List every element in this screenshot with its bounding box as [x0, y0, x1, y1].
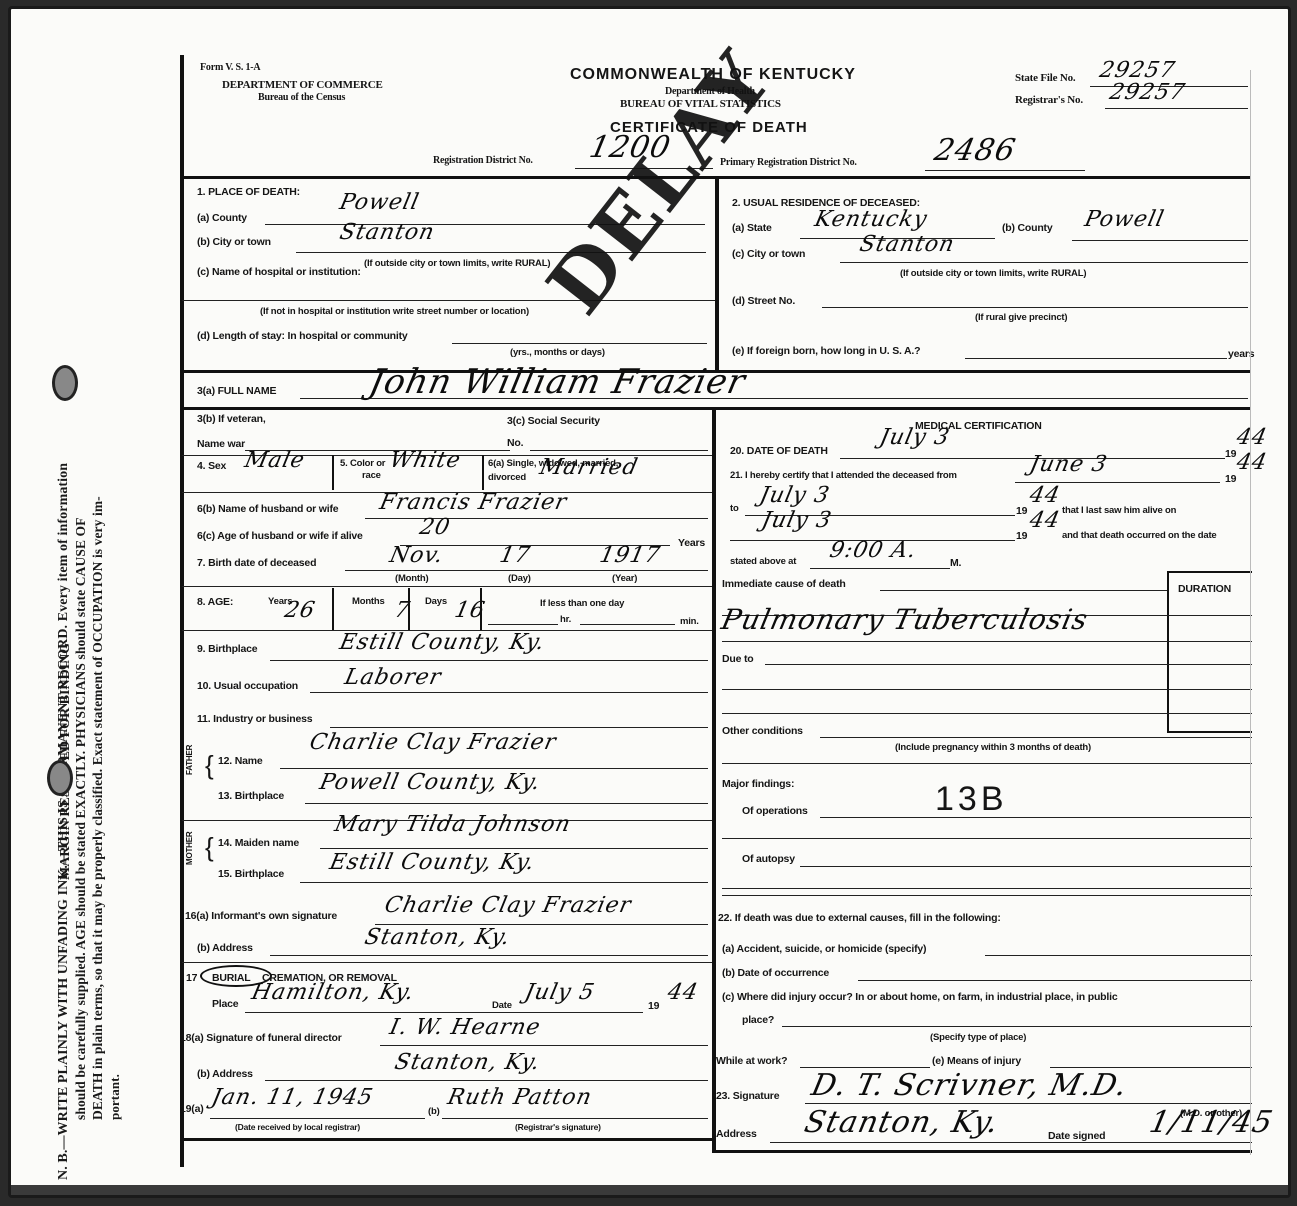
rule	[488, 624, 558, 625]
spouse-value[interactable]: Francis Frazier	[377, 490, 569, 515]
rule	[452, 343, 707, 344]
res-city-label: (c) City or town	[732, 248, 805, 260]
father-tag: FATHER	[185, 745, 194, 775]
registrar-sig-label: (b)	[428, 1106, 440, 1117]
color-value[interactable]: White	[387, 448, 463, 473]
occurrence-label: (b) Date of occurrence	[722, 967, 829, 979]
burial-num: 17	[186, 972, 197, 984]
rule	[722, 763, 1252, 764]
funeral-director-signature[interactable]: I. W. Hearne	[387, 1015, 543, 1040]
cell-divider	[482, 455, 484, 490]
rule	[320, 848, 708, 849]
rule	[880, 590, 1167, 591]
time-suffix: M.	[950, 557, 961, 569]
rule	[858, 980, 1252, 981]
day-note: (Day)	[508, 573, 531, 584]
death-occurred-label: and that death occurred on the date	[1062, 530, 1217, 541]
father-birthplace-value[interactable]: Powell County, Ky.	[317, 770, 543, 795]
form-border-right	[1250, 70, 1251, 1155]
informant-label: 16(a) Informant's own signature	[185, 910, 337, 922]
birthplace-value[interactable]: Estill County, Ky.	[337, 630, 547, 655]
social-security-label: 3(c) Social Security	[507, 415, 600, 427]
rule	[345, 570, 708, 571]
physician-address-label: Address	[716, 1128, 757, 1140]
physician-signature[interactable]: D. T. Scrivner, M.D.	[808, 1068, 1130, 1103]
reg-district-label: Registration District No.	[433, 155, 533, 166]
birth-month-value[interactable]: Nov.	[387, 543, 446, 568]
margin-instructions: N. B.—WRITE PLAINLY WITH UNFADING INK.—T…	[55, 60, 123, 1180]
major-findings-label: Major findings:	[722, 778, 794, 790]
rule	[182, 586, 712, 587]
immediate-cause-label: Immediate cause of death	[722, 578, 846, 590]
immediate-cause-value[interactable]: Pulmonary Tuberculosis	[718, 603, 1091, 636]
brace: {	[205, 832, 213, 863]
primary-district-label: Primary Registration District No.	[720, 157, 857, 168]
city-label: (b) City or town	[197, 236, 271, 248]
ss-no-label: No.	[507, 437, 523, 449]
rule	[380, 1045, 708, 1046]
sex-value[interactable]: Male	[242, 448, 307, 473]
informant-address-value[interactable]: Stanton, Ky.	[362, 925, 512, 950]
rule	[1105, 108, 1248, 109]
hr-label: hr.	[560, 614, 571, 625]
attend-label: 21. I hereby certify that I attended the…	[730, 470, 957, 481]
rule	[182, 1138, 712, 1141]
last-saw-label: that I last saw him alive on	[1062, 505, 1176, 516]
rule	[965, 358, 1227, 359]
sex-label: 4. Sex	[197, 460, 226, 472]
last-saw-value[interactable]: July 3	[759, 508, 834, 533]
rule	[925, 170, 1085, 171]
occupation-value[interactable]: Laborer	[342, 665, 443, 690]
cell-divider	[332, 588, 334, 630]
hospital-label: (c) Name of hospital or institution:	[197, 266, 361, 278]
attend-from-value[interactable]: June 3	[1027, 452, 1109, 477]
age-days-value[interactable]: 16	[452, 598, 487, 623]
rule	[820, 817, 1252, 818]
spouse-age-label: 6(c) Age of husband or wife if alive	[197, 530, 363, 542]
rule	[210, 1118, 425, 1119]
father-birthplace-label: 13. Birthplace	[218, 790, 284, 802]
rule	[820, 737, 1252, 738]
spouse-label: 6(b) Name of husband or wife	[197, 503, 338, 515]
rule	[722, 838, 1252, 839]
county-label: (a) County	[197, 212, 247, 224]
res-state-value[interactable]: Kentucky	[812, 207, 929, 232]
father-name-label: 12. Name	[218, 755, 263, 767]
rule	[365, 518, 708, 519]
registrar-sig-note: (Registrar's signature)	[515, 1122, 601, 1132]
autopsy-label: Of autopsy	[742, 853, 795, 865]
received-date-value[interactable]: Jan. 11, 1945	[209, 1085, 375, 1110]
rule	[1072, 240, 1248, 241]
stated-label: stated above at	[730, 556, 796, 567]
rule	[265, 1080, 708, 1081]
informant-address-label: (b) Address	[197, 942, 253, 954]
foreign-label: (e) If foreign born, how long in U. S. A…	[732, 345, 920, 357]
where-label: (c) Where did injury occur? In or about …	[722, 991, 1117, 1003]
cell-divider	[480, 588, 482, 630]
veteran-label: 3(b) If veteran,	[197, 413, 266, 425]
brace: {	[205, 750, 213, 781]
attend-to-year[interactable]: 44	[1027, 483, 1062, 508]
to-label: to	[730, 503, 739, 514]
rule	[810, 568, 950, 569]
death-city-value[interactable]: Stanton	[337, 220, 437, 245]
means-label: (e) Means of injury	[932, 1055, 1021, 1067]
rule	[712, 1150, 1252, 1153]
instructions-line-2: should be carefully supplied. AGE should…	[72, 60, 89, 1180]
spouse-age-value[interactable]: 20	[417, 515, 452, 540]
while-at-work-label: While at work?	[716, 1055, 787, 1067]
cell-divider	[332, 455, 334, 490]
burial-place-label: Place	[212, 998, 238, 1010]
date-of-death-label: 20. DATE OF DEATH	[730, 445, 828, 457]
mother-name-value[interactable]: Mary Tilda Johnson	[332, 812, 573, 837]
rule	[722, 641, 1252, 642]
signature-label: 23. Signature	[716, 1090, 779, 1102]
last-saw-year[interactable]: 44	[1027, 508, 1062, 533]
date-of-death-year[interactable]: 44	[1234, 425, 1269, 450]
rule	[985, 955, 1252, 956]
birth-day-value[interactable]: 17	[497, 543, 532, 568]
dept-commerce: DEPARTMENT OF COMMERCE	[222, 79, 383, 91]
age-years-value[interactable]: 26	[282, 598, 317, 623]
rule	[580, 624, 675, 625]
other-conditions-label: Other conditions	[722, 725, 803, 737]
res-county-label: (b) County	[1002, 222, 1053, 234]
marital-value[interactable]: Married	[537, 455, 640, 480]
instructions-line-4: portant.	[106, 60, 123, 1180]
burial-date-value[interactable]: July 5	[522, 980, 597, 1005]
burial-year-prefix: 19	[648, 1000, 659, 1012]
burial-date-label: Date	[492, 1000, 512, 1011]
informant-signature[interactable]: Charlie Clay Frazier	[382, 893, 634, 918]
state-file-label: State File No.	[1015, 72, 1075, 84]
punch-hole-icon	[47, 760, 73, 796]
less-day-label: If less than one day	[540, 598, 624, 609]
res-city-note: (If outside city or town limits, write R…	[900, 268, 1086, 279]
scan-edge	[11, 1185, 1288, 1195]
operations-code: 13B	[935, 780, 1008, 819]
month-note: (Month)	[395, 573, 428, 584]
res-state-label: (a) State	[732, 222, 772, 234]
birth-year-value[interactable]: 1917	[597, 543, 662, 568]
rule	[770, 1142, 1252, 1143]
where-label-2: place?	[742, 1014, 774, 1026]
res-county-value[interactable]: Powell	[1082, 207, 1166, 232]
accident-label: (a) Accident, suicide, or homicide (spec…	[722, 943, 926, 955]
rule	[300, 882, 708, 883]
received-num: 19(a)	[180, 1103, 204, 1115]
registrar-signature[interactable]: Ruth Patton	[445, 1085, 594, 1110]
duration-label: DURATION	[1178, 583, 1231, 595]
received-note: (Date received by local registrar)	[235, 1122, 360, 1132]
registrar-no-value: 29257	[1107, 80, 1187, 105]
rule	[722, 713, 1252, 714]
director-address-value[interactable]: Stanton, Ky.	[392, 1050, 542, 1075]
year-note: (Year)	[612, 573, 637, 584]
form-number: Form V. S. 1-A	[200, 62, 260, 73]
date-signed-value[interactable]: 1/11/45	[1146, 1105, 1276, 1140]
year-prefix: 19	[1016, 505, 1027, 517]
years-unit: Years	[678, 537, 705, 549]
color-label: 5. Color or	[340, 458, 385, 469]
street-note: (If rural give precinct)	[975, 312, 1067, 323]
director-address-label: (b) Address	[197, 1068, 253, 1080]
rule	[310, 692, 708, 693]
age-months-label: Months	[352, 596, 385, 607]
divorced-label: divorced	[488, 472, 526, 483]
rule	[305, 803, 708, 804]
form-border-left	[180, 55, 184, 1167]
industry-label: 11. Industry or business	[197, 713, 312, 725]
min-label: min.	[680, 616, 699, 627]
rule	[722, 689, 1252, 690]
instructions-line-1: N. B.—WRITE PLAINLY WITH UNFADING INK.—T…	[55, 60, 72, 1180]
operations-label: Of operations	[742, 805, 808, 817]
funeral-director-label: 18(a) Signature of funeral director	[180, 1032, 342, 1044]
time-of-death-value[interactable]: 9:00 A.	[827, 538, 919, 563]
place-of-death-heading: 1. PLACE OF DEATH:	[197, 186, 300, 198]
birthplace-label: 9. Birthplace	[197, 643, 257, 655]
mother-birthplace-value[interactable]: Estill County, Ky.	[327, 850, 537, 875]
rule	[245, 1012, 643, 1013]
year-prefix: 19	[1016, 530, 1027, 542]
rule	[270, 955, 708, 956]
stay-label: (d) Length of stay: In hospital or commu…	[197, 330, 408, 342]
birth-date-label: 7. Birth date of deceased	[197, 557, 316, 569]
bureau-census: Bureau of the Census	[258, 92, 345, 103]
mother-birthplace-label: 15. Birthplace	[218, 868, 284, 880]
stay-note: (yrs., months or days)	[510, 347, 605, 358]
burial-place-value[interactable]: Hamilton, Ky.	[249, 980, 416, 1005]
res-city-value[interactable]: Stanton	[857, 232, 957, 257]
rule	[530, 450, 708, 451]
rule	[840, 262, 1248, 263]
rule	[722, 888, 1252, 889]
registrar-no-label: Registrar's No.	[1015, 94, 1083, 106]
rule	[765, 664, 1252, 665]
instructions-line-3: DEATH in plain terms, so that it may be …	[89, 60, 106, 1180]
rule	[182, 962, 712, 963]
mother-tag: MOTHER	[185, 832, 194, 865]
full-name-label: 3(a) FULL NAME	[197, 385, 276, 397]
punch-hole-icon	[52, 365, 78, 401]
war-label: Name war	[197, 438, 245, 450]
rule	[782, 1026, 1252, 1027]
due-to-label: Due to	[722, 653, 753, 665]
external-heading: 22. If death was due to external causes,…	[718, 912, 1001, 924]
primary-district-value: 2486	[931, 133, 1019, 168]
age-label: 8. AGE:	[197, 596, 233, 608]
where-note: (Specify type of place)	[930, 1032, 1026, 1043]
rule	[330, 727, 708, 728]
column-divider-top	[715, 176, 719, 372]
death-county-value[interactable]: Powell	[337, 190, 421, 215]
father-name-value[interactable]: Charlie Clay Frazier	[307, 730, 559, 755]
column-divider-bottom	[712, 410, 716, 1150]
physician-address-value[interactable]: Stanton, Ky.	[801, 1105, 1002, 1140]
burial-year-value[interactable]: 44	[665, 980, 700, 1005]
rule	[800, 866, 1252, 867]
rule	[805, 1103, 1252, 1104]
rule	[182, 300, 715, 301]
cell-divider	[408, 588, 410, 630]
attend-to-value[interactable]: July 3	[757, 483, 832, 508]
date-signed-label: Date signed	[1048, 1130, 1105, 1142]
other-note: (Include pregnancy within 3 months of de…	[895, 742, 1091, 753]
rule	[722, 895, 1252, 896]
race-label: race	[362, 470, 381, 481]
rule	[822, 307, 1248, 308]
rule	[270, 660, 708, 661]
city-note: (If outside city or town limits, write R…	[364, 258, 550, 269]
duration-box	[1167, 571, 1252, 733]
mother-name-label: 14. Maiden name	[218, 837, 299, 849]
occupation-label: 10. Usual occupation	[197, 680, 298, 692]
date-of-death-value[interactable]: July 3	[877, 425, 952, 450]
rule	[442, 1118, 708, 1119]
rule	[280, 768, 708, 769]
hospital-note: (If not in hospital or institution write…	[260, 306, 529, 317]
attend-from-year[interactable]: 44	[1234, 450, 1269, 475]
burial-heading: BURIAL	[212, 972, 250, 984]
full-name-value[interactable]: John William Frazier	[366, 362, 750, 402]
age-days-label: Days	[425, 596, 447, 607]
section-divider	[182, 407, 1250, 410]
street-label: (d) Street No.	[732, 295, 795, 307]
